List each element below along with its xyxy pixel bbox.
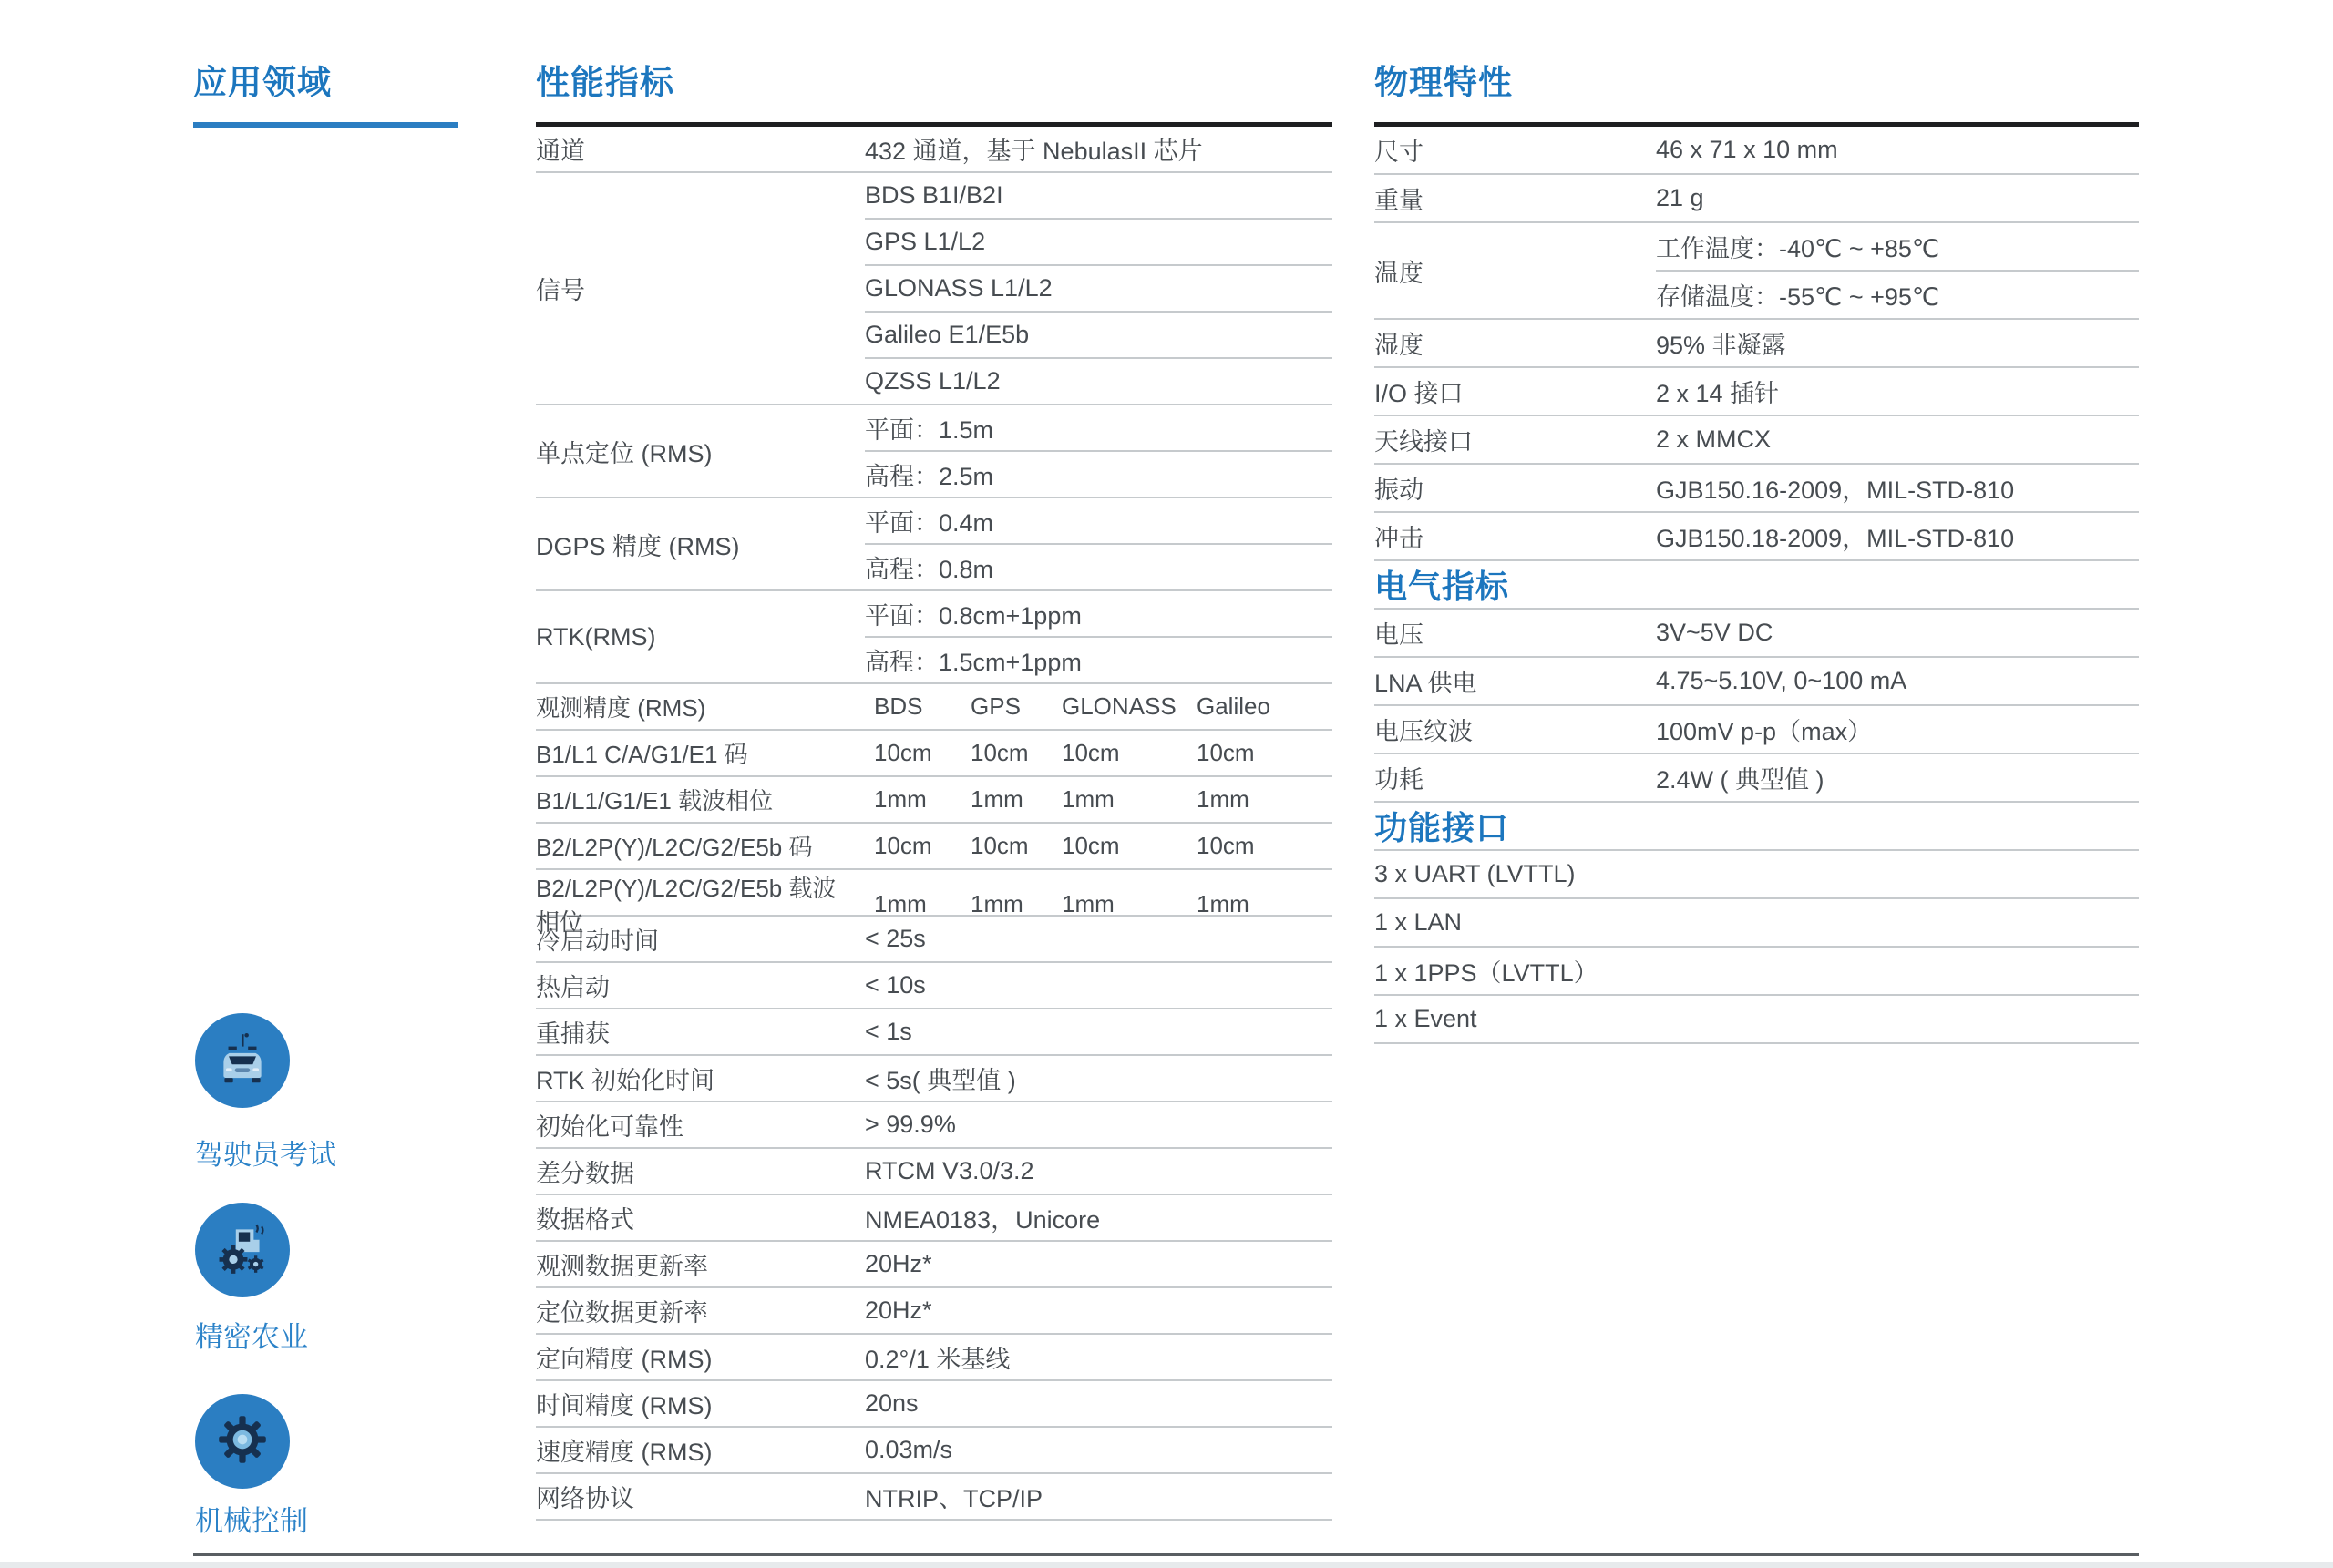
spec-label: 重捕获: [536, 1009, 865, 1054]
obs-cell-value: 10cm: [1053, 832, 1187, 860]
electrical-table: 电压3V~5V DCLNA 供电4.75~5.10V, 0~100 mA电压纹波…: [1374, 610, 2139, 803]
spec-value: 20ns: [865, 1381, 1332, 1426]
spec-values: > 99.9%: [865, 1102, 1332, 1147]
obs-cell-value: 1mm: [1187, 890, 1332, 918]
spec-value: NTRIP、TCP/IP: [865, 1474, 1332, 1519]
footer-strip: [0, 1562, 2333, 1568]
spec-row: 初始化可靠性> 99.9%: [536, 1102, 1332, 1149]
obs-cell-value: 1mm: [865, 890, 961, 918]
spec-label: 冷启动时间: [536, 917, 865, 961]
spec-values: 20Hz*: [865, 1288, 1332, 1333]
spec-label: 数据格式: [536, 1195, 865, 1240]
application-icon-circle: [195, 1013, 290, 1108]
datasheet-page: 应用领域 驾驶员考试精密农业机械控制 性能指标 通道432 通道，基于 Nebu…: [0, 0, 2333, 1568]
footer-rule: [193, 1553, 2139, 1556]
spec-row: RTK 初始化时间< 5s( 典型值 ): [536, 1056, 1332, 1102]
spec-value: < 10s: [865, 963, 1332, 1008]
spec-value: < 25s: [865, 917, 1332, 961]
spec-values: NTRIP、TCP/IP: [865, 1474, 1332, 1519]
spec-label: 电压: [1374, 610, 1656, 656]
obs-cell-value: 10cm: [961, 832, 1053, 860]
spec-row: DGPS 精度 (RMS)平面：0.4m高程：0.8m: [536, 498, 1332, 591]
spec-row: 温度工作温度：-40℃ ~ +85℃存储温度：-55℃ ~ +95℃: [1374, 223, 2139, 320]
applications-title: 应用领域: [193, 62, 458, 122]
obs-data-row: B1/L1 C/A/G1/E1 码10cm10cm10cm10cm: [536, 731, 1332, 777]
spec-row: RTK(RMS)平面：0.8cm+1ppm高程：1.5cm+1ppm: [536, 591, 1332, 684]
spec-value: 2 x MMCX: [1656, 416, 2139, 463]
spec-value: 0.03m/s: [865, 1428, 1332, 1472]
spec-value: < 5s( 典型值 ): [865, 1056, 1332, 1101]
spec-label: 定位数据更新率: [536, 1288, 865, 1333]
obs-cell-value: 1mm: [865, 785, 961, 814]
spec-values: 21 g: [1656, 175, 2139, 221]
spec-value: GJB150.16-2009，MIL-STD-810: [1656, 465, 2139, 511]
spec-row: 信号BDS B1I/B2IGPS L1/L2GLONASS L1/L2Galil…: [536, 173, 1332, 405]
obs-cell-value: 10cm: [865, 739, 961, 767]
applications-title-underline: [193, 122, 458, 128]
spec-value: 2 x 14 插针: [1656, 368, 2139, 415]
spec-row: 热启动< 10s: [536, 963, 1332, 1009]
spec-row: 单点定位 (RMS)平面：1.5m高程：2.5m: [536, 405, 1332, 498]
spec-row: 尺寸46 x 71 x 10 mm: [1374, 127, 2139, 175]
interface-item: 1 x LAN: [1374, 899, 2139, 948]
spec-label: 热启动: [536, 963, 865, 1008]
obs-cell-value: 10cm: [865, 832, 961, 860]
interface-item: 1 x 1PPS（LVTTL）: [1374, 948, 2139, 996]
spec-row: 电压3V~5V DC: [1374, 610, 2139, 658]
spec-label: I/O 接口: [1374, 368, 1656, 415]
spec-row: 重量21 g: [1374, 175, 2139, 223]
spec-row: 观测数据更新率20Hz*: [536, 1242, 1332, 1288]
spec-value: 高程：2.5m: [865, 450, 1332, 497]
spec-label: 通道: [536, 127, 865, 171]
spec-label: B1/L1 C/A/G1/E1 码: [536, 736, 865, 770]
spec-values: RTCM V3.0/3.2: [865, 1149, 1332, 1194]
spec-value: > 99.9%: [865, 1102, 1332, 1147]
obs-data-row: B2/L2P(Y)/L2C/G2/E5b 载波相位1mm1mm1mm1mm: [536, 870, 1332, 917]
application-icon-circle: [195, 1394, 290, 1489]
spec-values: 2 x 14 插针: [1656, 368, 2139, 415]
spec-values: 工作温度：-40℃ ~ +85℃存储温度：-55℃ ~ +95℃: [1656, 223, 2139, 318]
obs-cell-value: 10cm: [1053, 739, 1187, 767]
application-label: 驾驶员考试: [195, 1132, 468, 1173]
spec-label: 冲击: [1374, 513, 1656, 559]
spec-row: 电压纹波100mV p-p（max）: [1374, 706, 2139, 754]
spec-value: QZSS L1/L2: [865, 357, 1332, 404]
electrical-title: 电气指标: [1374, 561, 2139, 610]
spec-value: 高程：1.5cm+1ppm: [865, 636, 1332, 682]
interfaces-list: 3 x UART (LVTTL)1 x LAN1 x 1PPS（LVTTL）1 …: [1374, 851, 2139, 1044]
spec-label: 信号: [536, 173, 865, 404]
obs-column-header: BDS: [865, 692, 961, 721]
spec-values: 2.4W ( 典型值 ): [1656, 754, 2139, 801]
obs-column-header: GLONASS: [1053, 692, 1187, 721]
spec-label: B1/L1/G1/E1 载波相位: [536, 783, 865, 816]
spec-values: 平面：1.5m高程：2.5m: [865, 405, 1332, 497]
spec-values: 46 x 71 x 10 mm: [1656, 127, 2139, 173]
spec-value: 平面：1.5m: [865, 405, 1332, 450]
spec-row: I/O 接口2 x 14 插针: [1374, 368, 2139, 416]
obs-data-row: B1/L1/G1/E1 载波相位1mm1mm1mm1mm: [536, 777, 1332, 824]
spec-values: < 5s( 典型值 ): [865, 1056, 1332, 1101]
spec-values: 20ns: [865, 1381, 1332, 1426]
spec-row: 重捕获< 1s: [536, 1009, 1332, 1056]
application-label: 精密农业: [195, 1314, 468, 1355]
spec-label: 温度: [1374, 223, 1656, 318]
spec-label: 尺寸: [1374, 127, 1656, 173]
spec-row: 湿度95% 非凝露: [1374, 320, 2139, 368]
application-icon-circle: [195, 1203, 290, 1297]
spec-row: 功耗2.4W ( 典型值 ): [1374, 754, 2139, 803]
spec-row: 冲击GJB150.18-2009，MIL-STD-810: [1374, 513, 2139, 561]
spec-label: 定向精度 (RMS): [536, 1335, 865, 1379]
performance-section: 性能指标 通道432 通道，基于 NebulasII 芯片信号BDS B1I/B…: [536, 62, 1332, 1521]
spec-row: 天线接口2 x MMCX: [1374, 416, 2139, 465]
spec-values: 100mV p-p（max）: [1656, 706, 2139, 753]
spec-values: 4.75~5.10V, 0~100 mA: [1656, 658, 2139, 704]
spec-label: 功耗: [1374, 754, 1656, 801]
spec-label: 天线接口: [1374, 416, 1656, 463]
obs-cell-value: 1mm: [1053, 785, 1187, 814]
spec-label: 观测数据更新率: [536, 1242, 865, 1286]
spec-value: 100mV p-p（max）: [1656, 706, 2139, 753]
spec-value: 20Hz*: [865, 1288, 1332, 1333]
spec-value: 高程：0.8m: [865, 543, 1332, 589]
spec-label: 单点定位 (RMS): [536, 405, 865, 497]
spec-label: 网络协议: [536, 1474, 865, 1519]
spec-label: B2/L2P(Y)/L2C/G2/E5b 码: [536, 829, 865, 863]
spec-label: 差分数据: [536, 1149, 865, 1194]
spec-values: 0.03m/s: [865, 1428, 1332, 1472]
spec-value: GJB150.18-2009，MIL-STD-810: [1656, 513, 2139, 559]
spec-label: RTK(RMS): [536, 591, 865, 682]
application-item: 精密农业: [195, 1203, 468, 1355]
spec-label: 观测精度 (RMS): [536, 690, 865, 723]
spec-value: 20Hz*: [865, 1242, 1332, 1286]
spec-row: 定向精度 (RMS)0.2°/1 米基线: [536, 1335, 1332, 1381]
obs-cell-value: 10cm: [1187, 832, 1332, 860]
obs-column-header: GPS: [961, 692, 1053, 721]
spec-label: 速度精度 (RMS): [536, 1428, 865, 1472]
spec-value: NMEA0183，Unicore: [865, 1195, 1332, 1240]
spec-row: LNA 供电4.75~5.10V, 0~100 mA: [1374, 658, 2139, 706]
spec-values: 平面：0.4m高程：0.8m: [865, 498, 1332, 589]
spec-label: DGPS 精度 (RMS): [536, 498, 865, 589]
spec-value: GPS L1/L2: [865, 218, 1332, 264]
application-item: 驾驶员考试: [195, 1013, 468, 1173]
spec-value: 存储温度：-55℃ ~ +95℃: [1656, 270, 2139, 318]
obs-cell-value: 1mm: [1187, 785, 1332, 814]
obs-cell-value: 1mm: [961, 890, 1053, 918]
right-column: 物理特性 尺寸46 x 71 x 10 mm重量21 g温度工作温度：-40℃ …: [1374, 62, 2139, 1044]
obs-cell-value: 10cm: [961, 739, 1053, 767]
spec-label: 重量: [1374, 175, 1656, 221]
application-item: 机械控制: [195, 1394, 468, 1539]
spec-value: 21 g: [1656, 175, 2139, 221]
spec-row: 振动GJB150.16-2009，MIL-STD-810: [1374, 465, 2139, 513]
spec-values: 95% 非凝露: [1656, 320, 2139, 366]
spec-value: < 1s: [865, 1009, 1332, 1054]
spec-values: < 1s: [865, 1009, 1332, 1054]
obs-cell-value: 1mm: [961, 785, 1053, 814]
spec-value: Galileo E1/E5b: [865, 311, 1332, 357]
spec-row: 定位数据更新率20Hz*: [536, 1288, 1332, 1335]
spec-value: 95% 非凝露: [1656, 320, 2139, 366]
performance-table: 通道432 通道，基于 NebulasII 芯片信号BDS B1I/B2IGPS…: [536, 122, 1332, 1521]
applications-section: 应用领域: [193, 62, 458, 128]
physical-table: 尺寸46 x 71 x 10 mm重量21 g温度工作温度：-40℃ ~ +85…: [1374, 122, 2139, 561]
car-icon: [212, 1029, 272, 1093]
spec-values: 2 x MMCX: [1656, 416, 2139, 463]
spec-label: 初始化可靠性: [536, 1102, 865, 1147]
physical-title: 物理特性: [1374, 62, 2139, 122]
spec-values: BDS B1I/B2IGPS L1/L2GLONASS L1/L2Galileo…: [865, 173, 1332, 404]
spec-value: 4.75~5.10V, 0~100 mA: [1656, 658, 2139, 704]
spec-value: 工作温度：-40℃ ~ +85℃: [1656, 223, 2139, 270]
tractor-icon: [212, 1218, 272, 1283]
obs-cell-value: 1mm: [1053, 890, 1187, 918]
spec-value: 432 通道，基于 NebulasII 芯片: [865, 127, 1332, 171]
application-label: 机械控制: [195, 1498, 468, 1539]
spec-values: GJB150.18-2009，MIL-STD-810: [1656, 513, 2139, 559]
spec-value: 46 x 71 x 10 mm: [1656, 127, 2139, 173]
spec-label: 振动: [1374, 465, 1656, 511]
spec-label: 湿度: [1374, 320, 1656, 366]
spec-row: 通道432 通道，基于 NebulasII 芯片: [536, 127, 1332, 173]
spec-value: 0.2°/1 米基线: [865, 1335, 1332, 1379]
interfaces-title: 功能接口: [1374, 803, 2139, 851]
obs-header-row: 观测精度 (RMS)BDSGPSGLONASSGalileo: [536, 684, 1332, 731]
spec-value: GLONASS L1/L2: [865, 264, 1332, 311]
spec-value: 2.4W ( 典型值 ): [1656, 754, 2139, 801]
spec-values: 平面：0.8cm+1ppm高程：1.5cm+1ppm: [865, 591, 1332, 682]
spec-values: 0.2°/1 米基线: [865, 1335, 1332, 1379]
interface-item: 3 x UART (LVTTL): [1374, 851, 2139, 899]
obs-cell-value: 10cm: [1187, 739, 1332, 767]
spec-value: 3V~5V DC: [1656, 610, 2139, 656]
spec-label: 时间精度 (RMS): [536, 1381, 865, 1426]
spec-values: NMEA0183，Unicore: [865, 1195, 1332, 1240]
spec-values: 432 通道，基于 NebulasII 芯片: [865, 127, 1332, 171]
spec-row: 速度精度 (RMS)0.03m/s: [536, 1428, 1332, 1474]
spec-row: 数据格式NMEA0183，Unicore: [536, 1195, 1332, 1242]
spec-value: BDS B1I/B2I: [865, 173, 1332, 218]
obs-data-row: B2/L2P(Y)/L2C/G2/E5b 码10cm10cm10cm10cm: [536, 824, 1332, 870]
spec-row: 冷启动时间< 25s: [536, 917, 1332, 963]
spec-row: 网络协议NTRIP、TCP/IP: [536, 1474, 1332, 1521]
gear-icon: [212, 1409, 272, 1474]
spec-row: 差分数据RTCM V3.0/3.2: [536, 1149, 1332, 1195]
spec-values: < 25s: [865, 917, 1332, 961]
spec-label: LNA 供电: [1374, 658, 1656, 704]
spec-values: 20Hz*: [865, 1242, 1332, 1286]
spec-label: RTK 初始化时间: [536, 1056, 865, 1101]
spec-value: RTCM V3.0/3.2: [865, 1149, 1332, 1194]
spec-value: 平面：0.4m: [865, 498, 1332, 543]
spec-row: 时间精度 (RMS)20ns: [536, 1381, 1332, 1428]
spec-values: 3V~5V DC: [1656, 610, 2139, 656]
performance-title: 性能指标: [536, 62, 1332, 122]
spec-values: < 10s: [865, 963, 1332, 1008]
spec-values: GJB150.16-2009，MIL-STD-810: [1656, 465, 2139, 511]
obs-column-header: Galileo: [1187, 692, 1332, 721]
spec-value: 平面：0.8cm+1ppm: [865, 591, 1332, 636]
interface-item: 1 x Event: [1374, 996, 2139, 1044]
spec-label: 电压纹波: [1374, 706, 1656, 753]
